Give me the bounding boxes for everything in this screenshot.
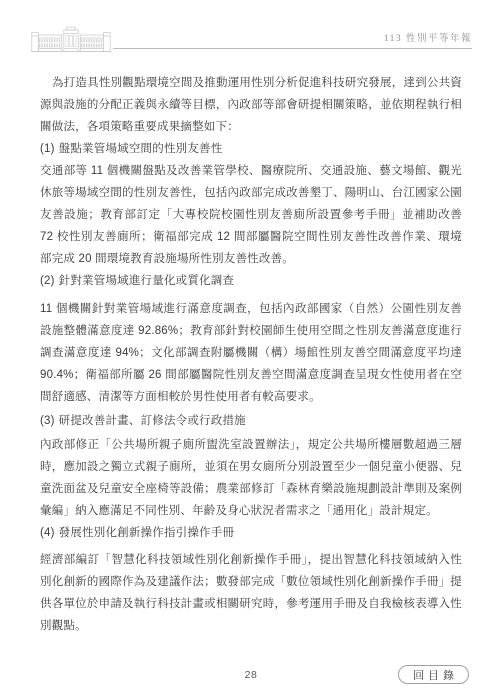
section-item-4: (4)發展性別化創新操作指引操作手冊 經濟部編訂「智慧化科技領域性別化創新操作手…: [40, 522, 462, 637]
header-divider: [113, 48, 472, 49]
section-item-1: (1)盤點業管場域空間的性別友善性 交通部等 11 個機關盤點及改善業管學校、醫…: [40, 138, 462, 270]
back-to-toc-button[interactable]: 回目錄: [398, 665, 469, 684]
page-content: 為打造具性別觀點環境空間及推動運用性別分析促進科技研究發展，達到公共資源與設施的…: [40, 72, 462, 637]
government-building-icon: [31, 26, 111, 53]
item-title: 發展性別化創新操作指引操作手冊: [59, 527, 235, 539]
section-item-3: (3)研提改善計畫、訂修法令或行政措施 內政部修正「公共場所親子廁所盥洗室設置辦…: [40, 410, 462, 522]
item-heading: (3)研提改善計畫、訂修法令或行政措施: [40, 410, 462, 432]
item-heading: (1)盤點業管場域空間的性別友善性: [40, 138, 462, 160]
intro-paragraph: 為打造具性別觀點環境空間及推動運用性別分析促進科技研究發展，達到公共資源與設施的…: [40, 72, 462, 138]
item-body: 交通部等 11 個機關盤點及改善業管學校、醫療院所、交通設施、藝文場館、觀光休旅…: [40, 160, 462, 270]
item-heading: (4)發展性別化創新操作指引操作手冊: [40, 522, 462, 544]
item-number: (4): [40, 527, 55, 539]
item-number: (2): [40, 275, 55, 287]
report-title: 113 性別平等年報: [384, 30, 472, 44]
section-item-2: (2)針對業管場域進行量化或質化調查 11 個機關針對業管場域進行滿意度調查，包…: [40, 270, 462, 408]
item-number: (3): [40, 415, 55, 427]
item-number: (1): [40, 143, 55, 155]
item-body: 內政部修正「公共場所親子廁所盥洗室設置辦法」，規定公共場所樓層數超過三層時，應加…: [40, 434, 462, 522]
item-title: 研提改善計畫、訂修法令或行政措施: [59, 415, 246, 427]
item-body: 11 個機關針對業管場域進行滿意度調查，包括內政部國家（自然）公園性別友善設施整…: [40, 298, 462, 408]
report-page: 113 性別平等年報 為打造具性別觀點環境空間及推動運用性別分析促進科技研究發展…: [0, 0, 502, 700]
item-title: 盤點業管場域空間的性別友善性: [59, 143, 223, 155]
item-heading: (2)針對業管場域進行量化或質化調查: [40, 270, 462, 292]
item-body: 經濟部編訂「智慧化科技領域性別化創新操作手冊」，提出智慧化科技領域納入性別化創新…: [40, 549, 462, 637]
item-title: 針對業管場域進行量化或質化調查: [59, 275, 235, 287]
